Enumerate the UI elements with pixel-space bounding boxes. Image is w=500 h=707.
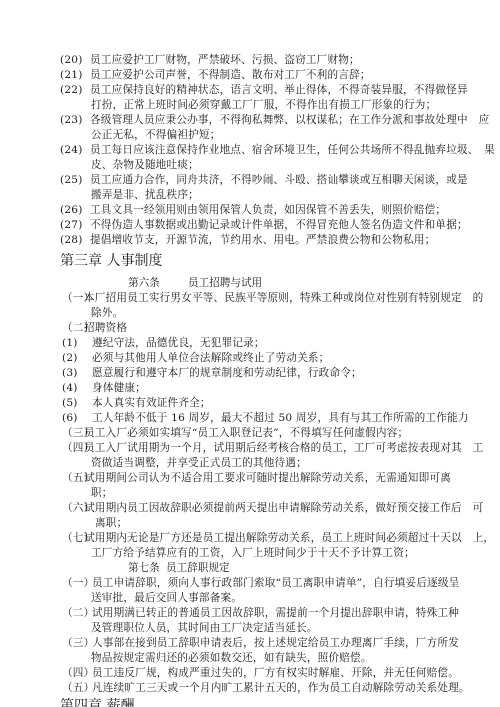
rule-text: 员工应爱护公司声誉，不得制造、散布对工厂不利的言辞； [90,69,371,81]
qualification-3: (3)愿意履行和遵守本厂的规章制度和劳动纪律，行政命令； [62,366,362,380]
item-text: 员工申请辞职，须向人事行政部门索取“员工离职申请单”，自行填妥后逐级呈 [92,577,459,589]
rule-text: 工具文具一经领用则由领用保管人负责，如因保管不善丢失，则照价赔偿； [90,204,446,216]
article6-item-4-cont: 资做适当调整，并享受正式员工的其他待遇； [91,456,307,470]
rule-25: (25)员工应通力合作，同舟共济，不得吵闹、斗殴、搭讪攀谈或互相聊天闲谈，或是 [60,173,468,187]
qualification-2: (2)必须与其他用人单位合法解除或终止了劳动关系； [62,351,329,365]
rule-number: (21) [60,68,90,82]
item-number: （五） [62,681,92,695]
chapter-4-heading: 第四章 薪酬 [60,697,134,707]
item-text: 员工违反厂规，构成严重过失的，厂方有权实时解雇、开除，并无任何赔偿。 [92,667,459,679]
rule-22: (22)员工应保持良好的精神状态，语言文明、举止得体，不得奇装异服，不得做怪异 [60,83,468,97]
article-7-title: 员工辞职规定 [166,561,230,575]
item-number: （一） [62,291,84,305]
article6-item-1: （一）本厂招用员工实行男女平等、民族平等原则，特殊工种或岗位对性别有特别规定 的 [62,291,483,305]
item-text: 凡连续旷工三天或一个月内旷工累计五天的，作为员工自动解除劳动关系处理。 [92,682,470,694]
rule-24: (24)员工每日应该注意保持作业地点、宿舍环境卫生，任何公共场所不得乱抛弃垃圾、… [60,143,495,157]
article-6-label: 第六条 [128,276,160,290]
qualification-number: (4) [62,381,92,395]
article6-item-6-cont: 离职； [95,516,127,530]
article6-item-7: （七）试用期内无论是厂方还是员工提出解除劳动关系，员工上班时间必须超过十天以 上… [62,531,494,545]
article7-item-3-cont: 物品按规定需归还的必须如数交还，如有缺失，照价赔偿。 [91,651,372,665]
rule-number: (23) [60,113,90,127]
rule-text: 不得伪造人事数据或出勤记录或计件单据，不得冒充他人签名伪造文件和单据； [90,219,468,231]
article6-item-5-cont: 职； [91,486,113,500]
rule-number: (20) [60,53,90,67]
item-text: 员工入厂必须如实填写“员工入职登记表”，不得填写任何虚假内容； [84,427,408,439]
item-number: （七） [62,531,84,545]
qualification-5: (5)本人真实有效证件齐全； [62,396,211,410]
article6-item-6: （六）试用期内员工因故辞职必须提前两天提出申请解除劳动关系，做好预交接工作后 可 [62,501,483,515]
qualification-text: 本人真实有效证件齐全； [92,397,211,409]
rule-23-cont: 公正无私，不得偏袒护短； [91,128,221,142]
article6-item-3: （三）员工入厂必须如实填写“员工入职登记表”，不得填写任何虚假内容； [62,426,408,440]
qualification-number: (5) [62,396,92,410]
rule-24-cont: 皮、杂物及随地吐痰； [91,158,199,172]
rule-number: (22) [60,83,90,97]
document-page: (20)员工应爱护工厂财物，严禁破坏、污损、盗窃工厂财物； (21)员工应爱护公… [0,0,500,707]
item-text: 本厂招用员工实行男女平等、民族平等原则，特殊工种或岗位对性别有特别规定 的 [84,292,483,304]
item-number: （五） [62,471,84,485]
item-number: （四） [62,666,92,680]
article6-item-1-cont: 除外。 [91,306,123,320]
article7-item-1: （一）员工申请辞职，须向人事行政部门索取“员工离职申请单”，自行填妥后逐级呈 [62,576,459,590]
qualification-1: (1)遵纪守法，品德优良，无犯罪记录； [62,336,265,350]
rule-number: (24) [60,143,90,157]
rule-26: (26)工具文具一经领用则由领用保管人负责，如因保管不善丢失，则照价赔偿； [60,203,446,217]
rule-text: 员工应通力合作，同舟共济，不得吵闹、斗殴、搭讪攀谈或互相聊天闲谈，或是 [90,174,468,186]
item-text: 员工入厂试用期为一个月，试用期后经考核合格的员工，工厂可考虑按表现对其 工 [84,442,483,454]
item-number: （一） [62,576,92,590]
qualification-text: 愿意履行和遵守本厂的规章制度和劳动纪律，行政命令； [92,367,362,379]
qualification-number: (3) [62,366,92,380]
article7-item-5: （五）凡连续旷工三天或一个月内旷工累计五天的，作为员工自动解除劳动关系处理。 [62,681,470,695]
qualification-number: (6) [62,411,92,425]
qualification-text: 必须与其他用人单位合法解除或终止了劳动关系； [92,352,329,364]
rule-25-cont: 搬弄是非、扰乱秩序； [91,188,199,202]
article7-item-2-cont: 及管理职位人员，其时间由工厂决定适当延长。 [91,621,318,635]
item-number: （四） [62,441,84,455]
item-text: 试用期内无论是厂方还是员工提出解除劳动关系，员工上班时间必须超过十天以 上， [84,532,494,544]
article6-item-5: （五）试用期间公司认为不适合用工要求可随时提出解除劳动关系，无需通知即可离 [62,471,451,485]
qualification-text: 工人年龄不低于 16 周岁，最大不超过 50 周岁，具有与其工作所需的工作能力 [92,412,469,424]
item-text: 试用期间公司认为不适合用工要求可随时提出解除劳动关系，无需通知即可离 [84,472,451,484]
item-number: （三） [62,426,84,440]
qualification-4: (4)身体健康； [62,381,146,395]
item-text: 试用期内员工因故辞职必须提前两天提出申请解除劳动关系，做好预交接工作后 可 [84,502,483,514]
article6-item-7-cont: 工厂方给予结算应有的工资，入厂上班时间少于十天不予计算工资； [91,546,415,560]
item-text: 招聘资格 [84,322,127,334]
rule-number: (25) [60,173,90,187]
item-number: （三） [62,636,92,650]
item-text: 人事部在接到员工辞职申请表后，按上述规定给员工办理离厂手续，厂方所发 [92,637,459,649]
article7-item-1-cont: 送审批，最后交回人事部备案。 [91,591,242,605]
article7-item-3: （三）人事部在接到员工辞职申请表后，按上述规定给员工办理离厂手续，厂方所发 [62,636,459,650]
article7-item-2: （二）试用期满已转正的普通员工因故辞职，需提前一个月提出辞职申请，特殊工种 [62,606,459,620]
item-text: 试用期满已转正的普通员工因故辞职，需提前一个月提出辞职申请，特殊工种 [92,607,459,619]
rule-22-cont: 打扮，正常上班时间必须穿戴工厂厂服，不得作出有损工厂形象的行为； [91,98,436,112]
rule-27: (27)不得伪造人事数据或出勤记录或计件单据，不得冒充他人签名伪造文件和单据； [60,218,468,232]
item-number: （二） [62,606,92,620]
rule-28: (28)提倡增收节支，开源节流，节约用水、用电。严禁浪费公物和公物私用； [60,233,435,247]
article-6-title: 员工招聘与试用 [188,276,262,290]
qualification-6: (6)工人年龄不低于 16 周岁，最大不超过 50 周岁，具有与其工作所需的工作… [62,411,469,425]
chapter-3-heading: 第三章 人事制度 [60,252,162,270]
qualification-number: (2) [62,351,92,365]
rule-23: (23)各级管理人员应秉公办事，不得徇私舞弊、以权谋私；在工作分派和事故处理中 … [60,113,489,127]
qualification-text: 遵纪守法，品德优良，无犯罪记录； [92,337,265,349]
rule-21: (21)员工应爱护公司声誉，不得制造、散布对工厂不利的言辞； [60,68,371,82]
rule-number: (26) [60,203,90,217]
article7-item-4: （四）员工违反厂规，构成严重过失的，厂方有权实时解雇、开除，并无任何赔偿。 [62,666,459,680]
rule-text: 提倡增收节支，开源节流，节约用水、用电。严禁浪费公物和公物私用； [90,234,435,246]
article6-item-2: （二）招聘资格 [62,321,127,335]
rule-20: (20)员工应爱护工厂财物，严禁破坏、污损、盗窃工厂财物； [60,53,360,67]
article-7-label: 第七条 [128,561,160,575]
item-number: （二） [62,321,84,335]
item-number: （六） [62,501,84,515]
rule-text: 员工应爱护工厂财物，严禁破坏、污损、盗窃工厂财物； [90,54,360,66]
article6-item-4: （四）员工入厂试用期为一个月，试用期后经考核合格的员工，工厂可考虑按表现对其 工 [62,441,483,455]
rule-number: (28) [60,233,90,247]
rule-text: 员工应保持良好的精神状态，语言文明、举止得体，不得奇装异服，不得做怪异 [90,84,468,96]
rule-text: 员工每日应该注意保持作业地点、宿舍环境卫生，任何公共场所不得乱抛弃垃圾、 果 [90,144,495,156]
rule-number: (27) [60,218,90,232]
qualification-number: (1) [62,336,92,350]
rule-text: 各级管理人员应秉公办事，不得徇私舞弊、以权谋私；在工作分派和事故处理中 应 [90,114,489,126]
qualification-text: 身体健康； [92,382,146,394]
